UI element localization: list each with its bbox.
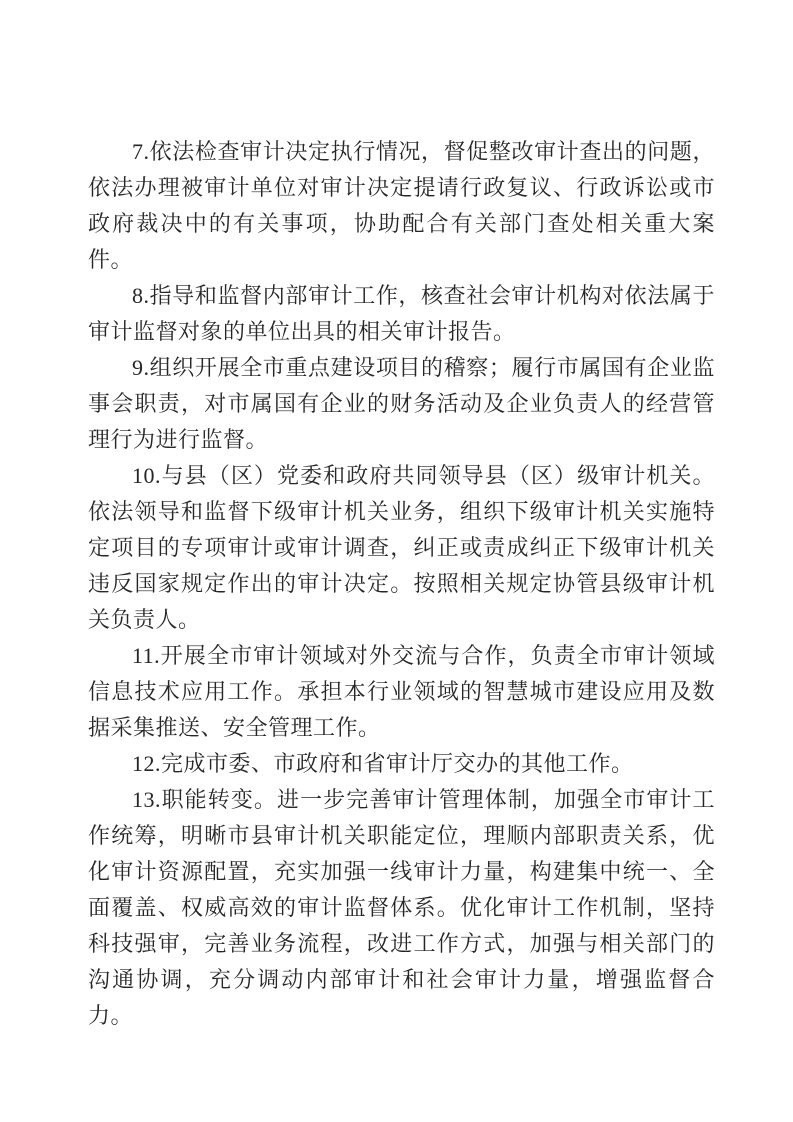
paragraph-item-8: 8.指导和监督内部审计工作，核查社会审计机构对依法属于审计监督对象的单位出具的相… [88,278,715,350]
paragraph-item-12: 12.完成市委、市政府和省审计厅交办的其他工作。 [88,746,715,782]
document-page: 7.依法检查审计决定执行情况，督促整改审计查出的问题，依法办理被审计单位对审计决… [0,0,793,1122]
document-body: 7.依法检查审计决定执行情况，督促整改审计查出的问题，依法办理被审计单位对审计决… [88,134,715,1034]
paragraph-item-7: 7.依法检查审计决定执行情况，督促整改审计查出的问题，依法办理被审计单位对审计决… [88,134,715,278]
paragraph-item-10: 10.与县（区）党委和政府共同领导县（区）级审计机关。依法领导和监督下级审计机关… [88,458,715,638]
paragraph-item-11: 11.开展全市审计领域对外交流与合作，负责全市审计领域信息技术应用工作。承担本行… [88,638,715,746]
paragraph-item-9: 9.组织开展全市重点建设项目的稽察；履行市属国有企业监事会职责，对市属国有企业的… [88,350,715,458]
paragraph-item-13: 13.职能转变。进一步完善审计管理体制，加强全市审计工作统筹，明晰市县审计机关职… [88,782,715,1034]
